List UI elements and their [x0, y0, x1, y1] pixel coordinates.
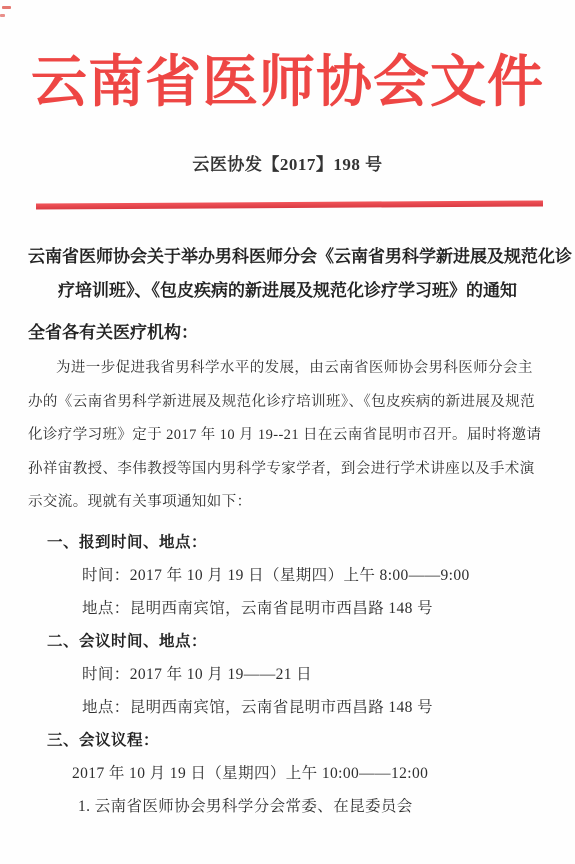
document-page: 云南省医师协会文件 云医协发【2017】198 号 云南省医师协会关于举办男科医…: [0, 0, 575, 864]
scan-artifact-mark: [2, 6, 11, 9]
notice-title: 云南省医师协会关于举办男科医师分会《云南省男科学新进展及规范化诊 疗培训班》、《…: [28, 240, 547, 308]
scan-artifact-mark: [0, 14, 5, 17]
org-title: 云南省医师协会文件: [10, 48, 565, 118]
red-divider-line: [36, 200, 543, 209]
sections: 一、报到时间、地点： 时间：2017 年 10 月 19 日（星期四）上午 8:…: [0, 526, 575, 823]
section-registration: 一、报到时间、地点： 时间：2017 年 10 月 19 日（星期四）上午 8:…: [0, 526, 575, 625]
salutation: 全省各有关医疗机构：: [28, 320, 575, 346]
section-heading-registration: 一、报到时间、地点：: [47, 526, 575, 559]
paragraph-line: 办的《云南省男科学新进展及规范化诊疗培训班》、《包皮疾病的新进展及规范: [28, 386, 575, 420]
registration-place: 地点：昆明西南宾馆，云南省昆明市西昌路 148 号: [82, 592, 575, 625]
paragraph-line: 孙祥宙教授、李伟教授等国内男科学专家学者，到会进行学术讲座以及手术演: [28, 453, 575, 487]
section-heading-agenda: 三、会议议程：: [47, 724, 575, 757]
registration-time: 时间：2017 年 10 月 19 日（星期四）上午 8:00——9:00: [82, 559, 575, 592]
agenda-item-1: 1. 云南省医师协会男科学分会常委、在昆委员会: [78, 790, 575, 823]
doc-number: 云医协发【2017】198 号: [0, 152, 575, 178]
paragraph-line: 为进一步促进我省男科学水平的发展，由云南省医师协会男科医师分会主: [28, 352, 575, 386]
intro-paragraph: 为进一步促进我省男科学水平的发展，由云南省医师协会男科医师分会主 办的《云南省男…: [28, 352, 575, 520]
notice-title-line-1: 云南省医师协会关于举办男科医师分会《云南省男科学新进展及规范化诊: [28, 240, 547, 274]
section-meeting: 二、会议时间、地点： 时间：2017 年 10 月 19——21 日 地点：昆明…: [0, 625, 575, 724]
paragraph-line: 化诊疗学习班》定于 2017 年 10 月 19--21 日在云南省昆明市召开。…: [28, 419, 575, 453]
meeting-place: 地点：昆明西南宾馆，云南省昆明市西昌路 148 号: [82, 691, 575, 724]
meeting-time: 时间：2017 年 10 月 19——21 日: [82, 658, 575, 691]
section-heading-meeting: 二、会议时间、地点：: [47, 625, 575, 658]
notice-title-line-2: 疗培训班》、《包皮疾病的新进展及规范化诊疗学习班》的通知: [28, 274, 547, 308]
section-agenda: 三、会议议程： 2017 年 10 月 19 日（星期四）上午 10:00——1…: [0, 724, 575, 823]
agenda-time: 2017 年 10 月 19 日（星期四）上午 10:00——12:00: [72, 757, 575, 790]
paragraph-line: 示交流。现就有关事项通知如下：: [28, 486, 575, 520]
